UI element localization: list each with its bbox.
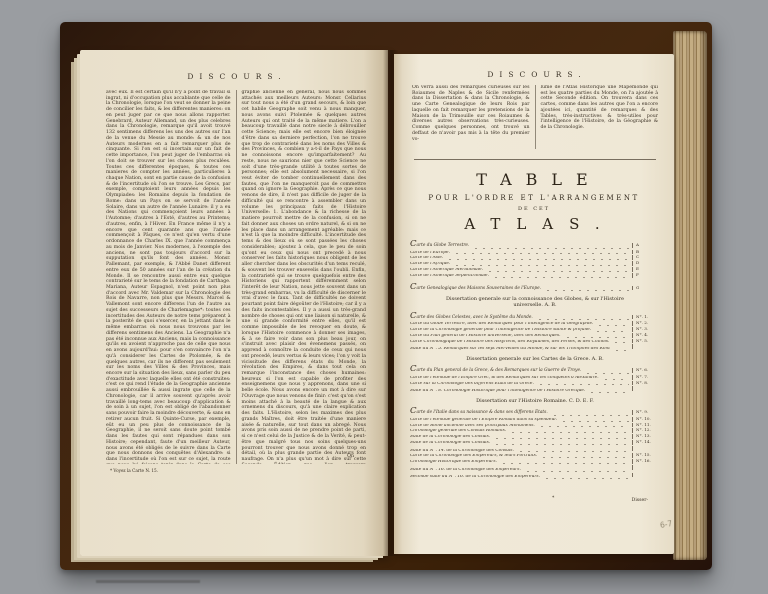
toc-entry-ref: N°. 4. (632, 333, 660, 338)
toc-entry: Suite de la Chronologie des Consuls.N°. … (410, 434, 660, 440)
dot-leader (446, 258, 629, 261)
toc-entry: Carte de l'étendue generale de l'Empire … (410, 417, 660, 423)
toc-entry-title: Seconde suite du N°. 16. de la Chronolog… (410, 475, 540, 480)
dot-leader (517, 450, 629, 453)
toc-entry: Seconde suite du N°. 16. de la Chronolog… (410, 473, 660, 481)
table-title: TABLE (394, 170, 674, 189)
right-column-2: lume de l'Atlas Historique une Mapemonde… (535, 85, 659, 149)
toc-entry: Carte Genealogique des Maisons Souverain… (410, 283, 660, 293)
dot-leader (538, 425, 629, 428)
toc-entry: Carte de l'étendue de l'Empire Grec, & d… (410, 375, 660, 381)
toc-entry: Chronologie Historique des Empereurs.N°.… (410, 459, 660, 465)
toc-entry: Carte de l'Amerique Septentrionale.F (410, 273, 660, 279)
toc-entry: Carte du Globe Terrestre.A (410, 240, 660, 250)
toc-entry-title: Carte de l'Afrique. (410, 262, 450, 267)
toc-entry-title: Carte du Globe Terrestre, avec des Remar… (410, 322, 593, 327)
toc-entry-title: Suite du N°. 5. Remarques sur les sept M… (410, 347, 610, 352)
dot-leader (596, 324, 629, 327)
toc-entry-ref (632, 386, 660, 391)
dot-leader (602, 378, 629, 381)
toc-entry-title: Suite de la Chronologie des Consuls. (410, 441, 490, 446)
toc-entry-ref: N°. 14. (632, 440, 660, 445)
toc-entry-title: Carte de la Chronologie generale pour l'… (410, 328, 591, 333)
right-column-1: On verra aussi des remarques curieuses s… (412, 85, 535, 149)
table-subtitle-2: DE CET (394, 206, 674, 212)
toc-entry-ref (632, 465, 660, 470)
toc-group: Carte du Globe Terrestre.ACarte de l'Eur… (410, 240, 660, 279)
toc-entry: Suite du N°. 14. de la Chronologie des C… (410, 446, 660, 454)
toc-section-heading: Dissertation generale sur les Cartes de … (436, 356, 634, 362)
dot-leader (453, 252, 629, 255)
table-subtitle: POUR L'ORDRE ET L'ARRANGEMENT (394, 194, 674, 202)
toc-entry-title: Chronologie generale des Consuls Romains… (410, 429, 506, 434)
toc-entry: Carte du Plan general de la Grece, & des… (410, 365, 660, 375)
photo-backdrop: DISCOURS. avec eux. Il est certain qu'il… (0, 0, 768, 594)
dot-leader (537, 383, 629, 386)
toc-group: Carte de l'Italie dans sa naissance & da… (410, 407, 660, 480)
toc-entry-title: Carte de l'Amerique Meridionale. (410, 268, 483, 273)
toc-group: Carte du Plan general de la Grece, & des… (410, 365, 660, 394)
dot-leader (524, 470, 629, 473)
toc-entry: Carte de la Chronologie generale pour l'… (410, 327, 660, 333)
dot-leader (551, 414, 629, 417)
dot-leader (453, 264, 629, 267)
toc-entry-title: Carte sur la Chronologie des differens E… (410, 382, 534, 387)
toc-entry-ref: N°. 16. (632, 459, 660, 464)
toc-entry: Suite du N°. 5. Remarques sur les sept M… (410, 344, 660, 352)
dot-leader (560, 420, 629, 423)
toc-entry: Carte de l'Asie.C (410, 255, 660, 261)
toc-entry-title: Carte de l'Asie. (410, 256, 443, 261)
toc-entry-title: Carte de Rome ancienne avec ses principa… (410, 424, 535, 429)
dot-leader (594, 330, 629, 333)
toc-entry-title: Carte de l'étendue de l'Empire Grec, & d… (410, 376, 599, 381)
table-of-contents: Carte du Globe Terrestre.ACarte de l'Eur… (410, 240, 660, 480)
dot-leader (564, 336, 629, 339)
dot-leader (500, 462, 629, 465)
toc-entry-title: Carte du Plan general de l'Histoire univ… (410, 334, 561, 339)
book-fore-edge (673, 31, 707, 560)
toc-entry-title: Carte de l'Europe. (410, 251, 450, 256)
left-column-2: graphie ancienne en général, nous nous s… (236, 90, 367, 464)
dot-leader (493, 437, 629, 440)
toc-entry: Carte de l'Italie dans sa naissance & da… (410, 407, 660, 417)
toc-entry-title: Carte des Globes Celestes, avec le Systê… (410, 312, 533, 322)
toc-group: Carte des Globes Celestes, avec le Systê… (410, 312, 660, 352)
left-page-columns: avec eux. Il est certain qu'il n'y a poi… (106, 90, 366, 464)
toc-section-heading: Dissertation generale sur la connoissanc… (436, 296, 634, 309)
toc-entry: Chronologie generale des Consuls Romains… (410, 428, 660, 434)
left-column-1: avec eux. Il est certain qu'il n'y a poi… (106, 90, 236, 464)
dot-leader (540, 456, 629, 459)
toc-entry-ref: N°. 10. (632, 417, 660, 422)
table-title-atlas: ATLAS. (394, 215, 674, 233)
toc-entry-ref: N°. 3. (632, 327, 660, 332)
dot-leader (612, 341, 629, 344)
signature-mark: * (552, 496, 554, 501)
right-page: DISCOURS. On verra aussi des remarques c… (394, 54, 674, 554)
dot-leader (486, 270, 629, 273)
toc-entry-title: Chronologie Historique des Empereurs. (410, 460, 497, 465)
toc-entry-title: Suite du N°. 14. de la Chronologie des C… (410, 449, 514, 454)
left-page: DISCOURS. avec eux. Il est certain qu'il… (80, 50, 388, 556)
toc-entry-ref (632, 473, 660, 478)
dot-leader (613, 349, 629, 352)
toc-entry-title: Carte du Plan general de la Grece, & des… (410, 365, 581, 375)
dot-leader (472, 247, 629, 250)
toc-entry-title: Carte de l'Italie dans sa naissance & da… (410, 407, 548, 417)
toc-entry: Suite du N°. 16. de la Chronologie des E… (410, 465, 660, 473)
toc-entry-ref: N°. 5. (632, 339, 660, 344)
toc-section-heading: Dissertation sur l'Histoire Romaine. C. … (436, 398, 634, 404)
toc-entry: Carte de l'Afrique.D (410, 261, 660, 267)
dot-leader (584, 372, 629, 375)
photo-caption-illegible (96, 580, 200, 583)
left-page-footnote: * Voyez la Carte N. 15. (110, 468, 388, 473)
toc-entry-ref: F (632, 273, 660, 278)
dot-leader (509, 431, 629, 434)
pencil-annotation: 6-7 (659, 519, 673, 530)
dot-leader (492, 276, 629, 279)
toc-entry-title: Carte Genealogique des Maisons Souverain… (410, 283, 541, 293)
dot-leader (536, 318, 629, 321)
toc-entry: Carte du Plan general de l'Histoire univ… (410, 333, 660, 339)
right-page-header: DISCOURS. (394, 70, 674, 79)
dot-leader (493, 443, 629, 446)
right-page-columns: On verra aussi des remarques curieuses s… (412, 85, 658, 149)
toc-entry-ref (632, 446, 660, 451)
left-page-header: DISCOURS. (80, 72, 388, 81)
toc-group: Carte Genealogique des Maisons Souverain… (410, 283, 660, 293)
toc-entry-title: Suite du N°. 16. de la Chronologie des E… (410, 468, 521, 473)
toc-entry: Carte de l'Europe.B (410, 250, 660, 256)
toc-entry-title: Carte Chronologique de l'Histoire des As… (410, 340, 609, 345)
toc-entry-ref (632, 344, 660, 349)
toc-entry: Suite de la Chronologie des Consuls.N°. … (410, 440, 660, 446)
right-page-catchword: Disser- (632, 498, 648, 503)
dot-leader (544, 289, 629, 292)
toc-entry-title: Suite de la Chronologie des Consuls. (410, 435, 490, 440)
book: DISCOURS. avec eux. Il est certain qu'il… (60, 22, 712, 570)
toc-entry: Carte Chronologique de l'Histoire des As… (410, 339, 660, 345)
toc-entry: Carte du Globe Terrestre, avec des Remar… (410, 321, 660, 327)
toc-entry-title: Suite du N°. 8. Chronologie Historique p… (410, 389, 585, 394)
toc-entry-ref: A (632, 243, 660, 248)
toc-entry-ref: N°. 7. (632, 375, 660, 380)
toc-entry: Carte de l'Amerique Meridionale.E (410, 267, 660, 273)
dot-leader (543, 477, 629, 480)
toc-entry: Suite du N°. 8. Chronologie Historique p… (410, 386, 660, 394)
toc-entry-ref: N°. 6. (632, 368, 660, 373)
toc-entry-title: Carte de la Chronologie des Empereurs, &… (410, 454, 537, 459)
toc-entry: Carte des Globes Celestes, avec le Systê… (410, 312, 660, 322)
toc-entry-ref: N°. 1. (632, 315, 660, 320)
dot-leader (588, 391, 629, 394)
section-divider-rule (414, 159, 656, 160)
left-page-catchword: On (347, 454, 354, 459)
toc-entry-ref: N°. 8. (632, 381, 660, 386)
toc-entry: Carte de la Chronologie des Empereurs, &… (410, 453, 660, 459)
toc-entry-ref: G (632, 286, 660, 291)
toc-entry-ref: N°. 9. (632, 410, 660, 415)
toc-entry-title: Carte de l'Amerique Septentrionale. (410, 274, 489, 279)
toc-entry-title: Carte du Globe Terrestre. (410, 240, 469, 250)
toc-entry-title: Carte de l'étendue generale de l'Empire … (410, 418, 557, 423)
